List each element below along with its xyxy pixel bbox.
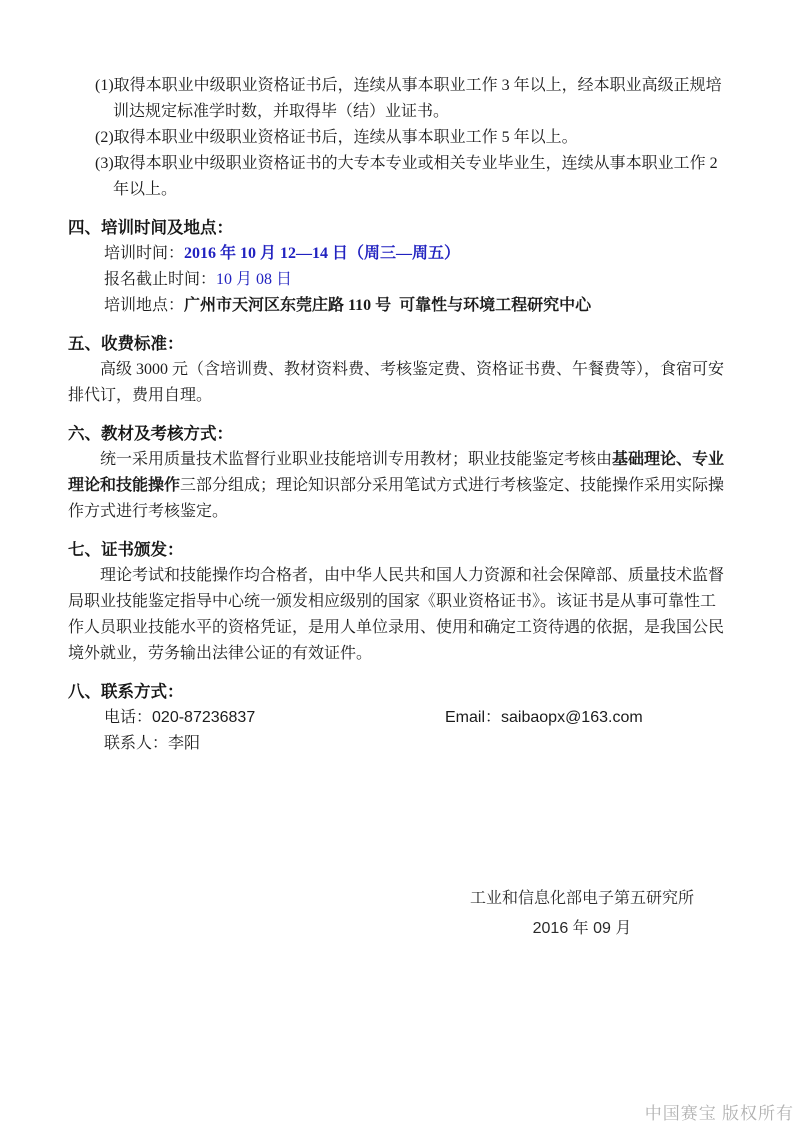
copyright-watermark: 中国赛宝 版权所有 [645, 1101, 794, 1127]
clause-item-3: (3)取得本职业中级职业资格证书的大专本专业或相关专业毕业生，连续从事本职业工作… [113, 151, 730, 203]
training-location-row: 培训地点：广州市天河区东莞庄路 110 号 可靠性与环境工程研究中心 [104, 293, 730, 319]
phone-label: 电话： [104, 709, 152, 726]
phone-number: 020-87236837 [152, 709, 255, 726]
materials-text-start: 统一采用质量技术监督行业职业技能培训专用教材；职业技能鉴定考核由 [100, 451, 612, 468]
training-time-row: 培训时间：2016 年 10 月 12—14 日（周三—周五） [104, 241, 730, 267]
email-label: Email： [445, 709, 501, 726]
clause-text: 取得本职业中级职业资格证书后，连续从事本职业工作 5 年以上。 [114, 129, 578, 146]
materials-paragraph: 统一采用质量技术监督行业职业技能培训专用教材；职业技能鉴定考核由基础理论、专业理… [68, 447, 730, 525]
section-training-time-location: 四、培训时间及地点： 培训时间：2016 年 10 月 12—14 日（周三—周… [68, 215, 730, 319]
clause-marker: (2) [95, 129, 114, 146]
section-materials-assessment: 六、教材及考核方式： 统一采用质量技术监督行业职业技能培训专用教材；职业技能鉴定… [68, 421, 730, 525]
contact-person-row: 联系人：李阳 [104, 731, 730, 757]
eligibility-clause-list: (1)取得本职业中级职业资格证书后，连续从事本职业工作 3 年以上，经本职业高级… [68, 73, 730, 203]
clause-item-2: (2)取得本职业中级职业资格证书后，连续从事本职业工作 5 年以上。 [113, 125, 730, 151]
registration-deadline-value: 10 月 08 日 [216, 271, 292, 288]
section-heading-materials: 六、教材及考核方式： [68, 421, 730, 447]
section-heading-contact: 八、联系方式： [68, 679, 730, 705]
registration-deadline-label: 报名截止时间： [104, 271, 216, 288]
email-address: saibaopx@163.com [501, 709, 643, 726]
clause-text: 取得本职业中级职业资格证书后，连续从事本职业工作 3 年以上，经本职业高级正规培… [113, 77, 722, 120]
certificate-paragraph: 理论考试和技能操作均合格者，由中华人民共和国人力资源和社会保障部、质量技术监督局… [68, 563, 730, 667]
section-heading-fees: 五、收费标准： [68, 331, 730, 357]
phone-email-row: 电话：020-87236837Email：saibaopx@163.com [104, 705, 730, 731]
section-certificate-issuance: 七、证书颁发： 理论考试和技能操作均合格者，由中华人民共和国人力资源和社会保障部… [68, 537, 730, 667]
signature-date: 2016 年 09 月 [462, 914, 702, 944]
fees-paragraph: 高级 3000 元（含培训费、教材资料费、考核鉴定费、资格证书费、午餐费等），食… [68, 357, 730, 409]
training-time-label: 培训时间： [104, 245, 184, 262]
section-contact-info: 八、联系方式： 电话：020-87236837Email：saibaopx@16… [68, 679, 730, 757]
section-fees: 五、收费标准： 高级 3000 元（含培训费、教材资料费、考核鉴定费、资格证书费… [68, 331, 730, 409]
clause-item-1: (1)取得本职业中级职业资格证书后，连续从事本职业工作 3 年以上，经本职业高级… [113, 73, 730, 125]
signature-block: 工业和信息化部电子第五研究所 2016 年 09 月 [462, 884, 702, 944]
section-heading-certificate: 七、证书颁发： [68, 537, 730, 563]
contact-person-name: 李阳 [168, 735, 200, 752]
training-time-value: 2016 年 10 月 12—14 日（周三—周五） [184, 245, 460, 262]
document-page: (1)取得本职业中级职业资格证书后，连续从事本职业工作 3 年以上，经本职业高级… [0, 0, 800, 1131]
training-location-value: 广州市天河区东莞庄路 110 号 可靠性与环境工程研究中心 [184, 297, 591, 314]
signature-organization: 工业和信息化部电子第五研究所 [462, 884, 702, 914]
clause-text: 取得本职业中级职业资格证书的大专本专业或相关专业毕业生，连续从事本职业工作 2 … [113, 155, 718, 198]
clause-marker: (1) [95, 77, 114, 94]
registration-deadline-row: 报名截止时间：10 月 08 日 [104, 267, 730, 293]
email-group: Email：saibaopx@163.com [445, 705, 643, 731]
contact-person-label: 联系人： [104, 735, 168, 752]
clause-marker: (3) [95, 155, 114, 172]
section-heading-training-time: 四、培训时间及地点： [68, 215, 730, 241]
training-location-label: 培训地点： [104, 297, 184, 314]
